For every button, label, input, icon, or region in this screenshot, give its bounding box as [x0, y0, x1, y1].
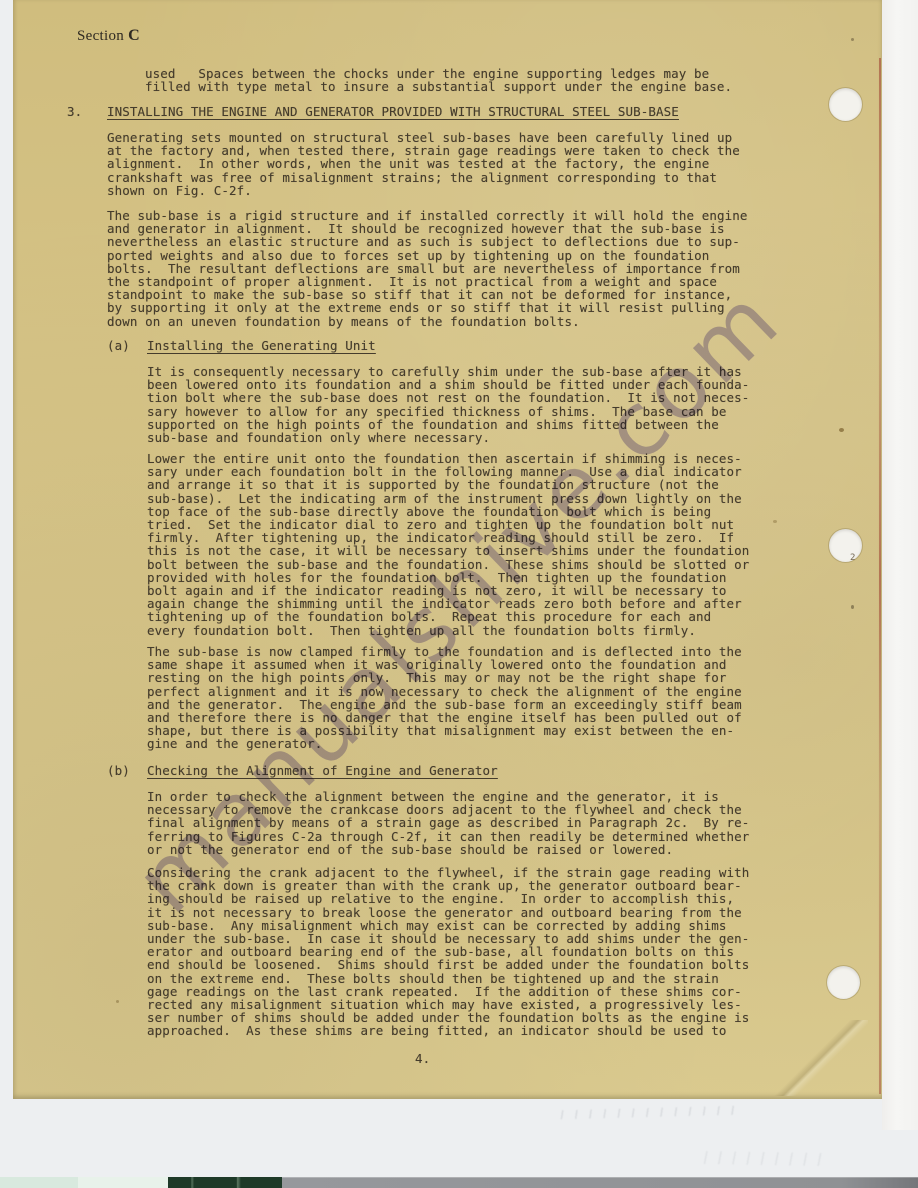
paper-stain — [773, 520, 777, 523]
item-a-paragraph-3: The sub-base is now clamped firmly to th… — [147, 645, 742, 751]
item-b-heading: Checking the Alignment of Engine and Gen… — [147, 764, 498, 777]
paper-stain — [116, 1000, 119, 1003]
bar-segment-dark-green — [168, 1177, 282, 1188]
item3-number: 3. — [67, 105, 82, 118]
item3-paragraph-1: Generating sets mounted on structural st… — [107, 131, 740, 197]
punch-hole-bottom — [827, 966, 860, 999]
scanned-manual-page: { "document": { "section_label": { "word… — [0, 0, 918, 1188]
item-b-paragraph-2: Considering the crank adjacent to the fl… — [147, 866, 749, 1038]
right-edge-red-rule — [879, 58, 881, 1094]
corner-speck — [851, 38, 854, 41]
punch-hole-top — [829, 88, 862, 121]
pencil-smudge — [556, 1106, 742, 1120]
bar-segment-mint-light — [78, 1177, 168, 1188]
bar-segment-mint — [0, 1177, 78, 1188]
item-a-heading: Installing the Generating Unit — [147, 339, 376, 352]
item-a-paragraph-1: It is consequently necessary to carefull… — [147, 365, 749, 444]
paper-crease — [773, 1020, 868, 1096]
bar-segment-gray — [282, 1177, 918, 1188]
margin-mark: 2 — [850, 553, 855, 563]
scanner-edge-bar — [0, 1177, 918, 1188]
section-header: Section C — [77, 27, 140, 45]
item-a-label: (a) — [107, 339, 130, 352]
item3-heading: INSTALLING THE ENGINE AND GENERATOR PROV… — [107, 105, 679, 118]
item-b-label: (b) — [107, 764, 130, 777]
punch-hole-middle — [829, 529, 862, 562]
intro-paragraph: used Spaces between the chocks under the… — [145, 67, 732, 93]
paper-stain — [839, 428, 844, 432]
section-word: Section — [77, 28, 124, 44]
margin-speck — [851, 605, 854, 609]
page-number: 4. — [415, 1052, 430, 1065]
pencil-smudge — [700, 1151, 828, 1166]
item-a-paragraph-2: Lower the entire unit onto the foundatio… — [147, 452, 749, 637]
scan-background-right — [882, 0, 918, 1130]
item3-paragraph-2: The sub-base is a rigid structure and if… — [107, 209, 748, 328]
paper-sheet: Section C used Spaces between the chocks… — [13, 0, 882, 1099]
section-letter: C — [128, 27, 140, 44]
item-b-paragraph-1: In order to check the alignment between … — [147, 790, 749, 856]
